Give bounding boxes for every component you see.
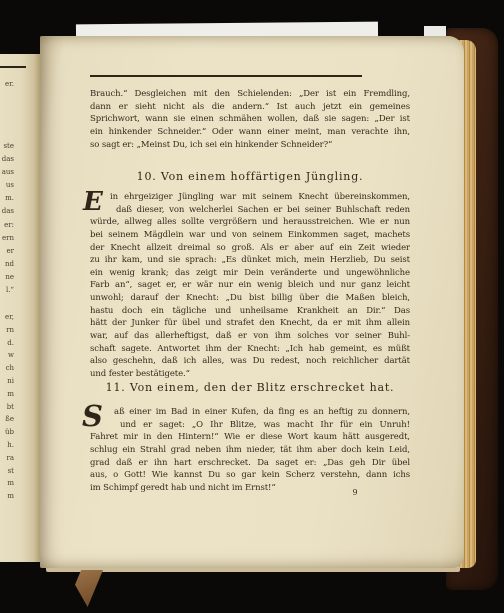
text-line: ein wenig krank; das zeigt mir Dein verä…	[90, 267, 410, 280]
text-fragment: ße	[0, 413, 14, 426]
text-line: dann er sieht nicht als die andern.“ Ist…	[90, 101, 410, 114]
story-10-heading: 10. Von einem hoffärtigen Jüngling.	[90, 170, 410, 183]
text-fragment: d.	[0, 337, 14, 350]
text-line: und er saget: „O Ihr Blitze, was macht I…	[90, 419, 410, 432]
text-line: unwohl; darauf der Knecht: „Du bist bill…	[90, 292, 410, 305]
story-10-paragraph: in ehrgeiziger Jüngling war mit seinem K…	[90, 191, 410, 381]
text-fragment: bt	[0, 401, 14, 414]
book-photo-scene: er. stedasaususm.daser:ernerndnel.“ er,r…	[0, 0, 504, 613]
text-line: grad daß er ihn hart erschrecket. Da sag…	[90, 457, 410, 470]
facing-page-text-fragments-upper: stedasaususm.daser:ernerndnel.“	[0, 140, 14, 297]
text-fragment: h.	[0, 439, 14, 452]
text-fragment: er:	[0, 219, 14, 232]
story-11-paragraph: aß einer im Bad in einer Kufen, da fing …	[90, 406, 410, 494]
text-fragment: ch	[0, 362, 14, 375]
text-line: hätt der Junker für übel und strafet den…	[90, 317, 410, 330]
text-line: also geschehn, daß ich alles, was Du red…	[90, 355, 410, 368]
text-line: würde, allweg alles sollte vergrößern un…	[90, 216, 410, 229]
text-fragment: das	[0, 205, 14, 218]
facing-page-header-rule	[0, 66, 26, 68]
text-line: der Knecht allzeit dreimal so groß. Als …	[90, 242, 410, 255]
text-fragment: m	[0, 477, 14, 490]
text-line: in ehrgeiziger Jüngling war mit seinem K…	[90, 191, 410, 204]
book-page: Brauch.“ Desgleichen mit den Schielenden…	[40, 36, 464, 568]
text-fragment: l.“	[0, 284, 14, 297]
text-fragment: ni	[0, 375, 14, 388]
text-fragment: w	[0, 349, 14, 362]
text-fragment: er	[0, 245, 14, 258]
text-fragment: nd	[0, 258, 14, 271]
text-fragment: das	[0, 153, 14, 166]
text-fragment: us	[0, 179, 14, 192]
text-line: so sagt er: „Meinst Du, ich sei ein hink…	[90, 139, 410, 152]
text-line: aus, o Gott! Wie kannst Du so gar kein S…	[90, 469, 410, 482]
text-line: war, auf das allerheftigst, daß er von i…	[90, 330, 410, 343]
text-fragment: m	[0, 490, 14, 503]
text-fragment: er,	[0, 311, 14, 324]
text-fragment: ern	[0, 232, 14, 245]
facing-page-sliver: er. stedasaususm.daser:ernerndnel.“ er,r…	[0, 54, 40, 562]
text-line: schlug ein Strahl grad neben ihm nieder,…	[90, 444, 410, 457]
text-line: schaft sagete. Antwortet ihm der Knecht:…	[90, 343, 410, 356]
text-fragment: m.	[0, 192, 14, 205]
text-line: aß einer im Bad in einer Kufen, da fing …	[90, 406, 410, 419]
text-line: Brauch.“ Desgleichen mit den Schielenden…	[90, 88, 410, 101]
text-line: und fester bestätigete.“	[90, 368, 410, 381]
text-fragment: m	[0, 388, 14, 401]
text-line: Fahret mir in den Hintern!“ Wie er diese…	[90, 431, 410, 444]
text-line: ein hinkender Schneider.“ Oder wann eine…	[90, 126, 410, 139]
text-line: bei seinem Mägdlein war und von seinem E…	[90, 229, 410, 242]
text-fragment: aus	[0, 166, 14, 179]
page-number: 9	[346, 488, 364, 497]
text-fragment: ne	[0, 271, 14, 284]
text-fragment: ra	[0, 452, 14, 465]
header-rule	[90, 75, 362, 77]
text-line: Sprichwort, wann sie einen schmähen woll…	[90, 113, 410, 126]
continuation-paragraph: Brauch.“ Desgleichen mit den Schielenden…	[90, 88, 410, 151]
text-fragment: rn	[0, 324, 14, 337]
text-line: daß dieser, von welcherlei Sachen er bei…	[90, 204, 410, 217]
story-11-heading: 11. Von einem, den der Blitz erschrecket…	[90, 381, 410, 394]
text-line: hastu doch ein tägliche und unheilsame K…	[90, 305, 410, 318]
text-fragment: üb	[0, 426, 14, 439]
text-line: zu ihr kam, und sie sprach: „Es dünket m…	[90, 254, 410, 267]
page-corner-wedge	[75, 570, 103, 607]
text-fragment: ste	[0, 140, 14, 153]
text-line: Farb an“, saget er, er wär nur ein wenig…	[90, 279, 410, 292]
text-fragment: st	[0, 465, 14, 478]
facing-page-text-fragments-lower: er,rnd.wchnimbtßeübh.rastmm	[0, 311, 14, 503]
facing-page-text-fragment: er.	[0, 80, 14, 88]
